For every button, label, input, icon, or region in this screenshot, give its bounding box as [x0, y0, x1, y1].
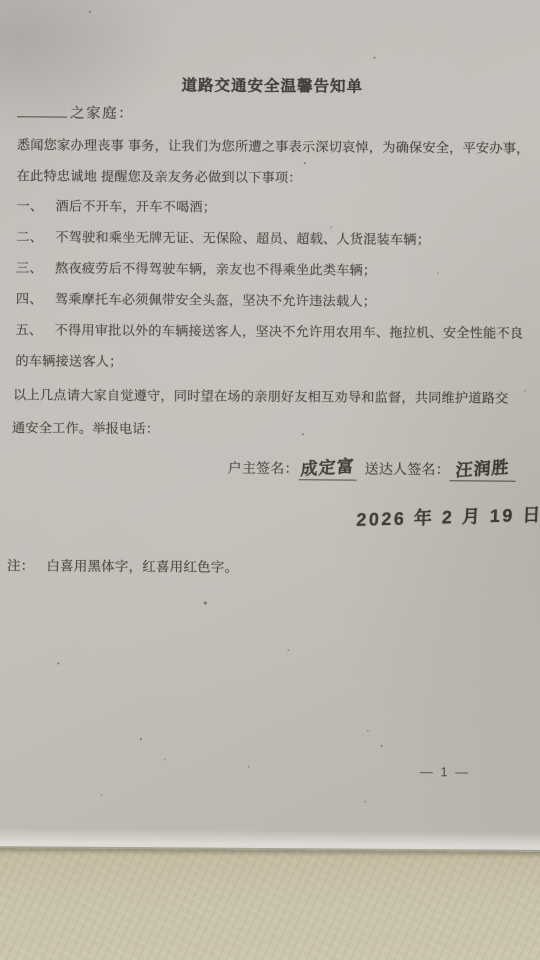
- note-text: 白喜用黑体字，红喜用红色字。: [46, 558, 238, 574]
- item-text: 驾乘摩托车必须佩带安全头盔，坚决不允许违法载人；: [55, 291, 376, 308]
- dust-speck: [204, 602, 207, 605]
- item-number: 三、: [16, 257, 55, 276]
- dust-speck: [57, 663, 59, 665]
- closing-line-2: 通安全工作。举报电话：: [12, 417, 159, 437]
- dust-speck: [140, 738, 142, 740]
- closing-line-1: 以上几点请大家自觉遵守，同时望在场的亲朋好友相互劝导和监督，共同维护道路交: [13, 384, 508, 406]
- dust-speck: [89, 11, 91, 13]
- document-content: 道路交通安全温馨告知单 之家庭： 悉闻您家办理丧事 事务，让我们为您所遭之事表示…: [0, 0, 540, 850]
- dust-speck: [287, 649, 289, 651]
- dust-speck: [524, 390, 526, 392]
- item-number: 二、: [16, 226, 55, 245]
- salutation-text: 之家庭：: [70, 106, 134, 122]
- dust-speck: [248, 766, 250, 768]
- dust-speck: [100, 794, 102, 796]
- item-number: 四、: [16, 288, 55, 307]
- document-title: 道路交通安全温馨告知单: [2, 72, 540, 98]
- dust-speck: [437, 272, 439, 274]
- dust-speck: [302, 433, 304, 435]
- dust-speck: [374, 57, 376, 59]
- note-line: 注：白喜用黑体字，红喜用红色字。: [7, 554, 238, 576]
- intro-line-2: 在此特忠诚地 提醒您及亲友务必做到以下事项：: [17, 165, 302, 186]
- dust-speck: [367, 730, 369, 732]
- dust-speck: [164, 758, 166, 760]
- notice-item-5-continued: 的车辆接送客人；: [15, 350, 122, 370]
- date-handwritten: 2026 年 2 月 19 日: [356, 501, 540, 532]
- deliverer-signature-underline: 汪润胜: [450, 454, 516, 481]
- photo-of-document: 道路交通安全温馨告知单 之家庭： 悉闻您家办理丧事 事务，让我们为您所遭之事表示…: [0, 0, 540, 960]
- owner-signature-handwritten: 成定富: [300, 452, 355, 481]
- notice-item-1: 一、酒后不开车，开车不喝酒；: [16, 195, 216, 215]
- item-text: 不驾驶和乘坐无牌无证、无保险、超员、超载、人货混装车辆；: [55, 229, 430, 247]
- item-text: 不得用审批以外的车辆接送客人，坚决不允许用农用车、拖拉机、安全性能不良: [55, 322, 524, 340]
- item-text: 酒后不开车，开车不喝酒；: [55, 198, 216, 214]
- deliverer-signature-label: 送达人签名：: [365, 461, 450, 478]
- page-number: — 1 —: [398, 764, 493, 780]
- signature-line: 户主签名：成定富送达人签名：汪润胜: [228, 453, 524, 482]
- deliverer-signature-handwritten: 汪润胜: [455, 453, 510, 482]
- item-number: 五、: [16, 319, 55, 338]
- item-number: 一、: [16, 195, 55, 214]
- wall-background: [0, 838, 540, 960]
- owner-signature-label: 户主签名：: [228, 460, 299, 476]
- item-text: 熬夜疲劳后不得驾驶车辆，亲友也不得乘坐此类车辆；: [55, 260, 376, 277]
- notice-item-5: 五、不得用审批以外的车辆接送客人，坚决不允许用农用车、拖拉机、安全性能不良: [16, 319, 524, 342]
- intro-line-1: 悉闻您家办理丧事 事务，让我们为您所遭之事表示深切哀悼，为确保安全，平安办事，: [17, 134, 530, 157]
- paper-sheet: 道路交通安全温馨告知单 之家庭： 悉闻您家办理丧事 事务，让我们为您所遭之事表示…: [0, 0, 540, 852]
- date-line: 2026 年 2 月 19 日: [356, 503, 540, 530]
- notice-item-4: 四、驾乘摩托车必须佩带安全头盔，坚决不允许违法载人；: [16, 288, 376, 310]
- dust-speck: [304, 162, 306, 164]
- salutation-line: 之家庭：: [17, 101, 134, 123]
- owner-signature-underline: 成定富: [299, 453, 357, 480]
- dust-speck: [381, 745, 383, 747]
- blank-underline: [17, 102, 67, 117]
- notice-item-2: 二、不驾驶和乘坐无牌无证、无保险、超员、超载、人货混装车辆；: [16, 226, 430, 248]
- dust-speck: [364, 801, 366, 803]
- note-label: 注：: [7, 558, 35, 573]
- notice-item-3: 三、熬夜疲劳后不得驾驶车辆，亲友也不得乘坐此类车辆；: [16, 257, 376, 279]
- dust-speck: [330, 226, 332, 228]
